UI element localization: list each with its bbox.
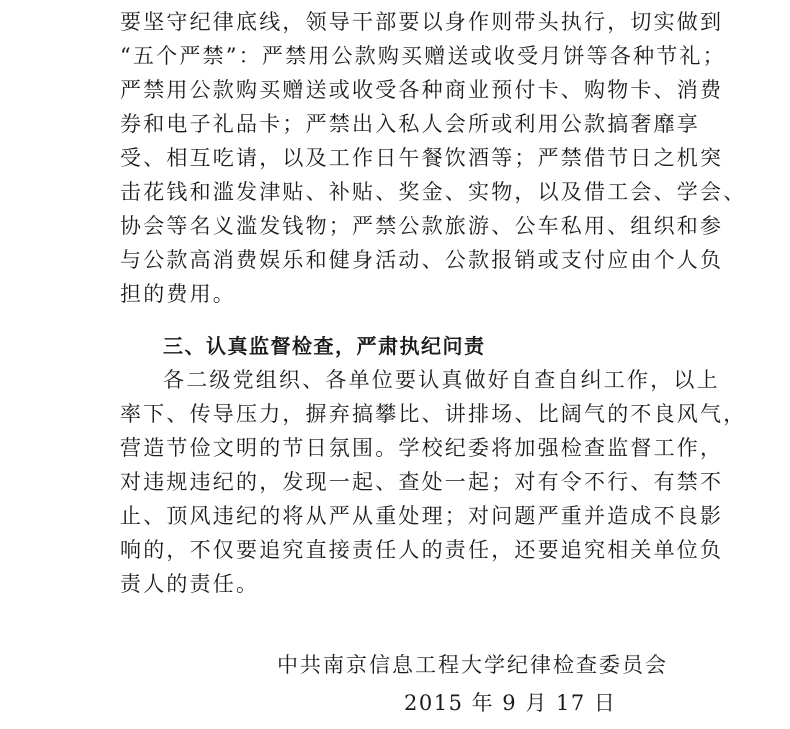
signature-date: 2015 年 9 月 17 日: [404, 686, 616, 720]
document-page: 要坚守纪律底线，领导干部要以身作则带头执行，切实做到 “五个严禁”：严禁用公款购…: [0, 0, 790, 729]
body-line: 率下、传导压力，摒弃搞攀比、讲排场、比阔气的不良风气，: [120, 397, 670, 431]
body-line: 响的，不仅要追究直接责任人的责任，还要追究相关单位负: [120, 533, 670, 567]
body-line: 责人的责任。: [120, 567, 670, 601]
body-line: 严禁用公款购买赠送或收受各种商业预付卡、购物卡、消费: [120, 73, 670, 107]
body-line: 对违规违纪的，发现一起、查处一起；对有令不行、有禁不: [120, 465, 670, 499]
body-line: 止、顶风违纪的将从严从重处理；对问题严重并造成不良影: [120, 499, 670, 533]
body-line: 营造节俭文明的节日氛围。学校纪委将加强检查监督工作，: [120, 431, 670, 465]
body-line: 要坚守纪律底线，领导干部要以身作则带头执行，切实做到: [120, 5, 670, 39]
body-line: 协会等名义滥发钱物；严禁公款旅游、公车私用、组织和参: [120, 209, 670, 243]
body-line: 券和电子礼品卡；严禁出入私人会所或利用公款搞奢靡享: [120, 107, 670, 141]
body-line: 各二级党组织、各单位要认真做好自查自纠工作，以上: [163, 363, 670, 397]
body-line: “五个严禁”：严禁用公款购买赠送或收受月饼等各种节礼；: [120, 39, 670, 73]
signature-organization: 中共南京信息工程大学纪律检查委员会: [277, 648, 668, 682]
body-line: 击花钱和滥发津贴、补贴、奖金、实物，以及借工会、学会、: [120, 175, 670, 209]
body-line: 担的费用。: [120, 277, 670, 311]
section-heading: 三、认真监督检查，严肃执纪问责: [163, 329, 486, 363]
body-line: 受、相互吃请，以及工作日午餐饮酒等；严禁借节日之机突: [120, 141, 670, 175]
body-line: 与公款高消费娱乐和健身活动、公款报销或支付应由个人负: [120, 243, 670, 277]
